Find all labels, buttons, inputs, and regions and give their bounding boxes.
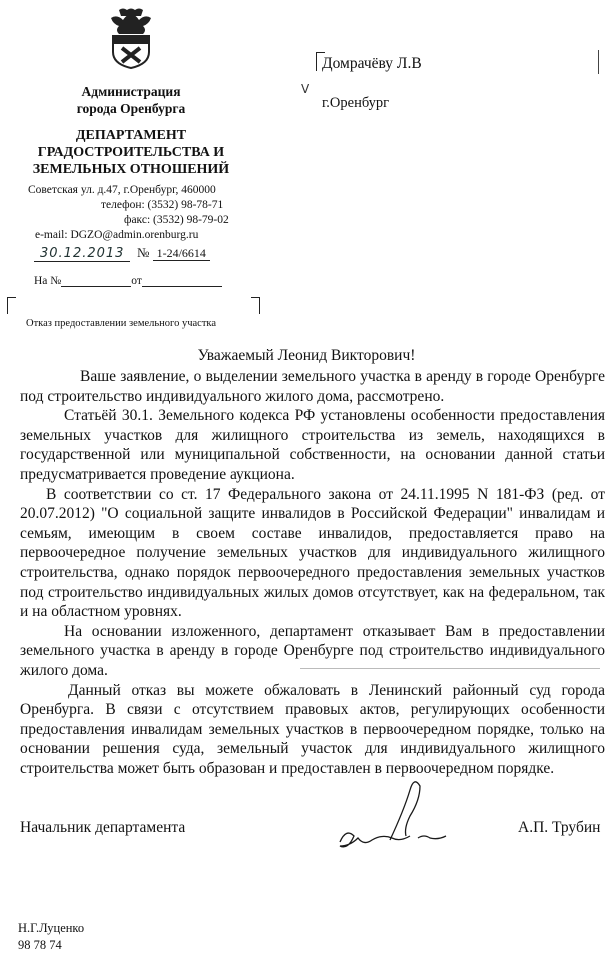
ref-label: На № [34,275,61,287]
outgoing-date: 30.12.2013 [34,246,130,262]
scan-artifact-line [300,668,600,669]
paragraph-5: Данный отказ вы можете обжаловать в Лени… [20,681,605,779]
letter-body: Ваше заявление, о выделении земельного у… [20,367,605,778]
check-mark-icon: V [301,82,309,96]
number-label: № [137,245,149,260]
department-contacts: Советская ул. д.47, г.Оренбург, 460000 т… [28,183,278,243]
dept-line-1: ДЕПАРТАМЕНТ [0,127,262,144]
admin-line-2: города Оренбурга [0,100,262,117]
scan-edge-mark [598,50,601,74]
ref-date-blank [142,275,222,287]
administration-heading: Администрация города Оренбурга [0,83,262,117]
paragraph-3: В соответствии со ст. 17 Федерального за… [20,485,605,622]
greeting: Уважаемый Леонид Викторович! [0,347,613,365]
addressee-name: Домрачёву Л.В [322,55,422,73]
executor-name: Н.Г.Луценко [18,920,84,937]
admin-line-1: Администрация [0,83,262,100]
department-heading: ДЕПАРТАМЕНТ ГРАДОСТРОИТЕЛЬСТВА И ЗЕМЕЛЬН… [0,127,262,178]
paragraph-1: Ваше заявление, о выделении земельного у… [20,367,605,406]
signatory-title: Начальник департамента [20,819,185,837]
executor-info: Н.Г.Луценко 98 78 74 [18,920,84,954]
signatory-name: А.П. Трубин [518,819,600,837]
dept-line-3: ЗЕМЕЛЬНЫХ ОТНОШЕНИЙ [0,161,262,178]
handwritten-signature-icon [330,780,480,860]
department-email: e-mail: DGZO@admin.orenburg.ru [28,228,278,243]
executor-phone: 98 78 74 [18,937,84,954]
subject-bracket-right [251,297,260,314]
department-address: Советская ул. д.47, г.Оренбург, 460000 [28,183,278,198]
paragraph-4: На основании изложенного, департамент от… [20,622,605,681]
addressee-city: г.Оренбург [322,95,389,112]
letter-subject: Отказ предоставлении земельного участка [26,318,216,329]
incoming-reference: На №от [34,275,222,287]
department-fax: факс: (3532) 98-79-02 [28,213,278,228]
dept-line-2: ГРАДОСТРОИТЕЛЬСТВА И [0,144,262,161]
outgoing-reference: 30.12.2013 № 1-24/6614 [34,245,274,261]
ref-from-label: от [131,275,142,287]
orenburg-coat-of-arms-icon [103,6,159,70]
department-phone: телефон: (3532) 98-78-71 [28,198,278,213]
paragraph-2: Статьёй 30.1. Земельного кодекса РФ уста… [20,406,605,484]
outgoing-number: 1-24/6614 [153,246,210,261]
subject-bracket-left [7,297,16,314]
ref-number-blank [61,275,131,287]
